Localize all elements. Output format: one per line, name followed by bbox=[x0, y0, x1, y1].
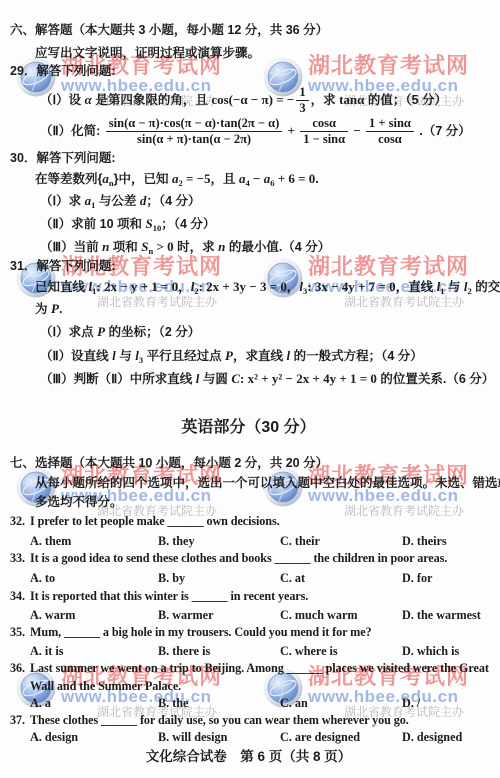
question-36-options: A. a B. the C. an D. / bbox=[10, 695, 487, 712]
option-a: A. to bbox=[30, 570, 158, 587]
question-title: 解答下列问题: bbox=[36, 259, 115, 273]
question-sentence: It is reported that this winter is _____… bbox=[30, 589, 308, 603]
english-sub-heading: 七、选择题（本大题共 10 小题，每小题 2 分，共 20 分） bbox=[10, 455, 487, 471]
option-c: C. at bbox=[280, 570, 402, 587]
question-34-text: 34.It is reported that this winter is __… bbox=[10, 588, 487, 605]
question-number: 36. bbox=[10, 660, 30, 677]
page-footer: 文化综合试卷 第 6 页（共 8 页） bbox=[10, 748, 487, 765]
q30-part2: （Ⅱ）求前 10 项和 S10；（4 分） bbox=[10, 215, 487, 233]
question-37-options: A. design B. will design C. are designed… bbox=[10, 729, 487, 746]
question-sentence: These clothes ______ for daily use, so y… bbox=[30, 713, 409, 727]
question-37-text: 37.These clothes ______ for daily use, s… bbox=[10, 712, 487, 729]
option-b: B. they bbox=[158, 533, 280, 550]
q31-intro-line1: 已知直线 l1: 2x − y + 1 = 0，l2: 2x + 3y − 3 … bbox=[10, 278, 487, 296]
q30-part1: （Ⅰ）求 a1 与公差 d；（4 分） bbox=[10, 192, 487, 210]
math-section-heading: 六、解答题（本大题共 3 小题，每小题 12 分，共 36 分） bbox=[10, 22, 487, 38]
q31-intro-line2: 为 P. bbox=[10, 300, 487, 318]
option-b: B. there is bbox=[158, 643, 280, 660]
question-title: 解答下列问题: bbox=[36, 64, 115, 78]
q31-part3: （Ⅲ）判断（Ⅱ）中所求直线 l 与圆 C: x² + y² − 2x + 4y … bbox=[10, 370, 487, 388]
question-sentence: Last summer we went on a trip to Beijing… bbox=[30, 661, 489, 675]
option-a: A. them bbox=[30, 533, 158, 550]
exam-page: 湖北教育考试网 www.hbee.edu.cn 湖北省教育考试院主办 湖北教育考… bbox=[0, 0, 500, 778]
option-c: C. their bbox=[280, 533, 402, 550]
question-sentence: I prefer to let people make ______ own d… bbox=[30, 514, 280, 528]
question-number: 30． bbox=[10, 150, 36, 166]
option-a: A. it is bbox=[30, 643, 158, 660]
question-number: 33. bbox=[10, 550, 30, 567]
question-number: 37. bbox=[10, 712, 30, 729]
q29-title-line: 29．解答下列问题: bbox=[10, 63, 487, 79]
option-d: D. designed bbox=[402, 729, 487, 746]
english-instructions-line2: 多选均不得分。 bbox=[10, 494, 487, 510]
option-b: B. by bbox=[158, 570, 280, 587]
option-d: D. the warmest bbox=[402, 607, 487, 624]
question-title: 解答下列问题: bbox=[36, 151, 115, 165]
math-section-note: 应写出文字说明，证明过程或演算步骤。 bbox=[10, 45, 487, 61]
question-number: 35. bbox=[10, 624, 30, 641]
q31-part1: （Ⅰ）求点 P 的坐标；（2 分） bbox=[10, 323, 487, 341]
q30-intro: 在等差数列{an}中，已知 a2 = −5，且 a4 − a6 + 6 = 0. bbox=[10, 170, 487, 188]
option-a: A. warm bbox=[30, 607, 158, 624]
question-number: 29． bbox=[10, 63, 36, 79]
option-d: D. / bbox=[402, 695, 487, 712]
question-sentence: Mum, ______ a big hole in my trousers. C… bbox=[30, 625, 372, 639]
question-sentence: Wall and the Summer Palace. bbox=[30, 679, 181, 693]
option-a: A. design bbox=[30, 729, 158, 746]
question-32-text: 32.I prefer to let people make ______ ow… bbox=[10, 513, 487, 530]
option-c: C. where is bbox=[280, 643, 402, 660]
question-36-text-line1: 36.Last summer we went on a trip to Beij… bbox=[10, 660, 487, 677]
question-34-options: A. warm B. warmer C. much warm D. the wa… bbox=[10, 607, 487, 624]
option-b: B. warmer bbox=[158, 607, 280, 624]
option-a: A. a bbox=[30, 695, 158, 712]
option-b: B. the bbox=[158, 695, 280, 712]
q29-part1: （Ⅰ）设 α 是第四象限的角，且 cos(−α − π) = −13，求 tan… bbox=[10, 85, 487, 116]
option-d: D. theirs bbox=[402, 533, 487, 550]
q31-title-line: 31．解答下列问题: bbox=[10, 258, 487, 274]
option-c: C. an bbox=[280, 695, 402, 712]
question-33-options: A. to B. by C. at D. for bbox=[10, 570, 487, 587]
option-c: C. much warm bbox=[280, 607, 402, 624]
question-number: 31． bbox=[10, 258, 36, 274]
question-36-text-line2: Wall and the Summer Palace. bbox=[10, 678, 487, 695]
option-c: C. are designed bbox=[280, 729, 402, 746]
exam-content: 六、解答题（本大题共 3 小题，每小题 12 分，共 36 分） 应写出文字说明… bbox=[0, 0, 500, 778]
english-instructions-line1: 从每小题所给的四个选项中，选出一个可以填入题中空白处的最佳选项。未选、错选或 bbox=[10, 475, 487, 491]
option-d: D. for bbox=[402, 570, 487, 587]
q30-title-line: 30．解答下列问题: bbox=[10, 150, 487, 166]
english-section-heading: 英语部分（30 分） bbox=[10, 418, 487, 438]
question-35-text: 35.Mum, ______ a big hole in my trousers… bbox=[10, 624, 487, 641]
question-35-options: A. it is B. there is C. where is D. whic… bbox=[10, 643, 487, 660]
q29-part2: （Ⅱ）化简: sin(α − π)·cos(π − α)·tan(2π − α)… bbox=[10, 116, 487, 147]
q30-part3: （Ⅲ）当前 n 项和 Sn > 0 时，求 n 的最小值.（4 分） bbox=[10, 238, 487, 256]
option-d: D. which is bbox=[402, 643, 487, 660]
question-33-text: 33.It is a good idea to send these cloth… bbox=[10, 550, 487, 567]
option-b: B. will design bbox=[158, 729, 280, 746]
question-number: 34. bbox=[10, 588, 30, 605]
question-32-options: A. them B. they C. their D. theirs bbox=[10, 533, 487, 550]
q31-part2: （Ⅱ）设直线 l 与 l3 平行且经过点 P，求直线 l 的一般式方程；（4 分… bbox=[10, 347, 487, 365]
question-sentence: It is a good idea to send these clothes … bbox=[30, 551, 447, 565]
question-number: 32. bbox=[10, 513, 30, 530]
